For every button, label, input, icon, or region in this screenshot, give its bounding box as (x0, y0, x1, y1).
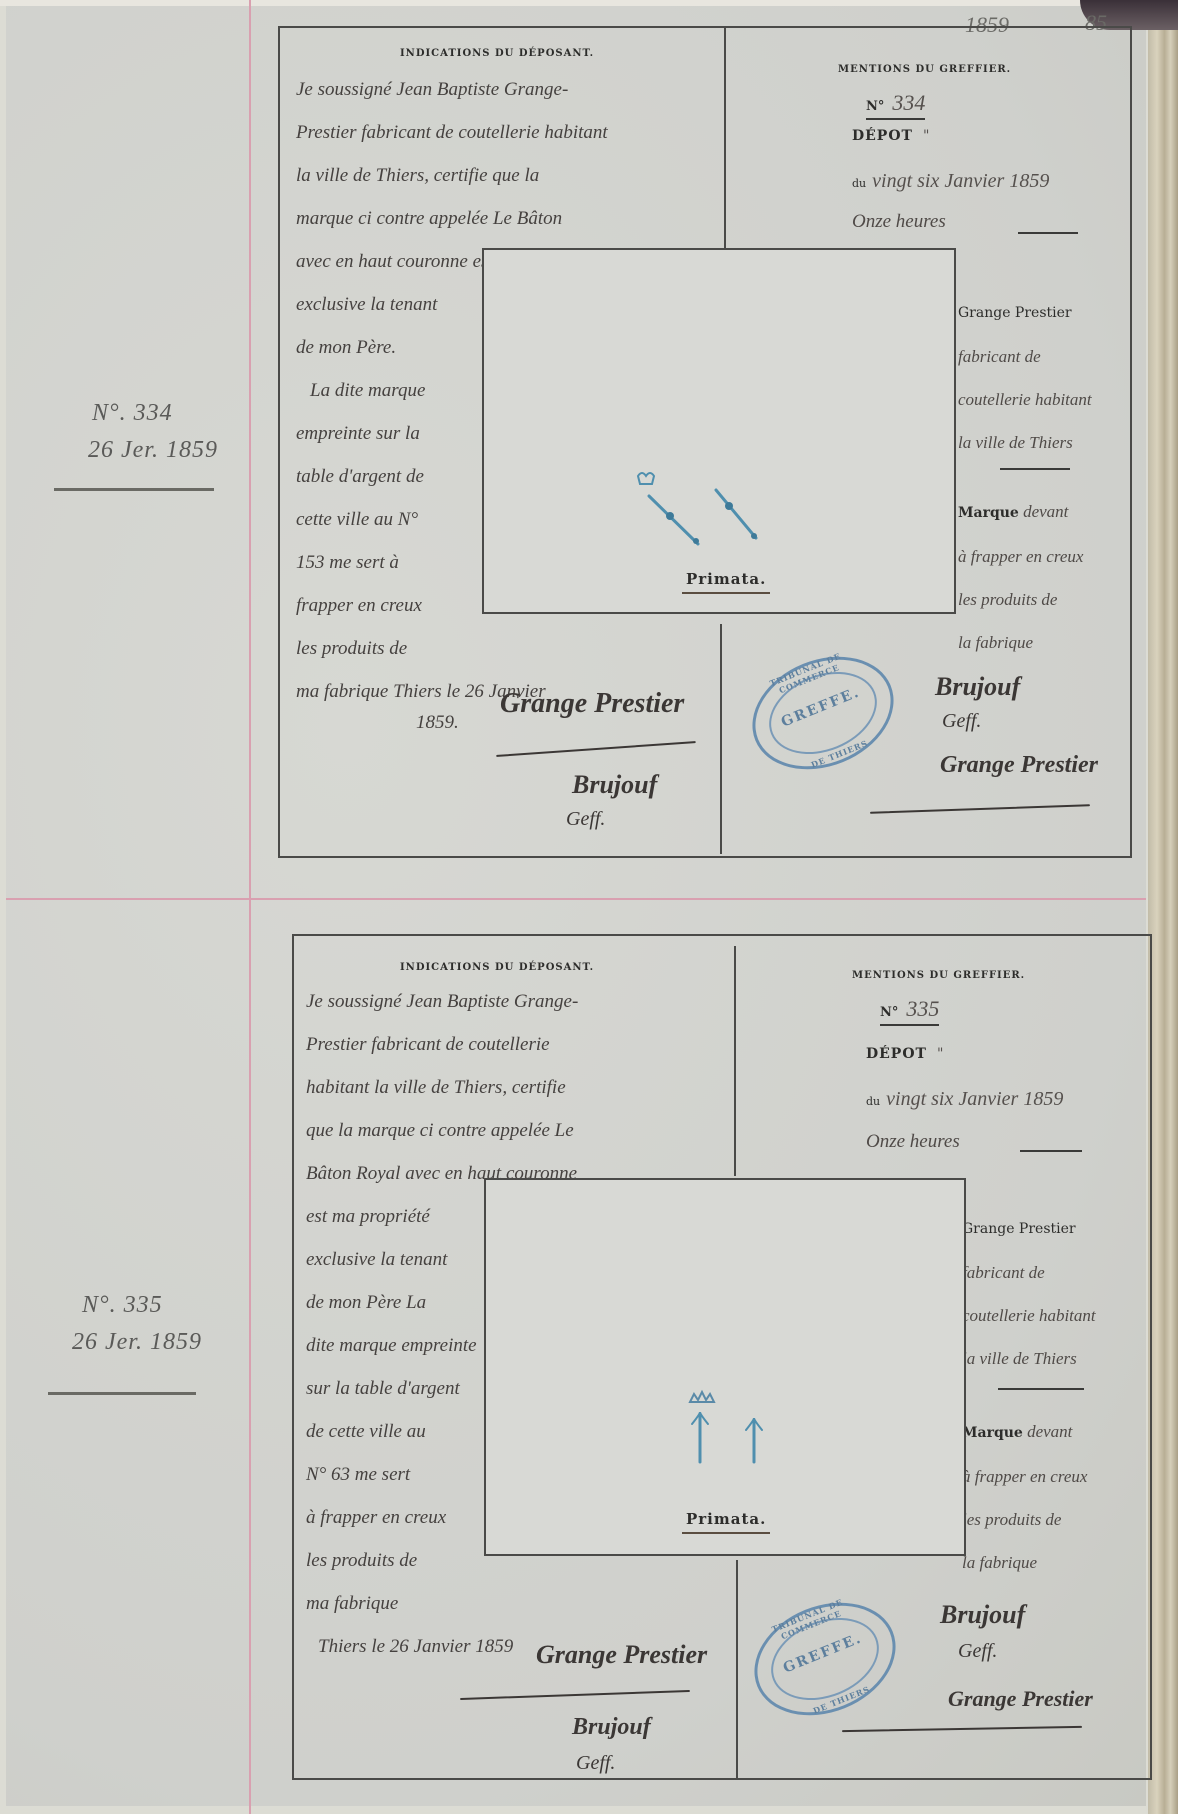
greffier-depositor-signature: Grange Prestier (940, 752, 1098, 779)
deposit-number: N°335 (880, 996, 939, 1026)
depot-label: DÉPOT" (866, 1046, 944, 1062)
margin-entry-date: 26 Jer. 1859 (72, 1329, 202, 1356)
column-divider-bottom (736, 1560, 738, 1778)
greffier-depositor: Grange Prestier fabricant de coutellerie… (958, 292, 1092, 464)
greffier-marque: Marque devant à frapper en creux les pro… (962, 1410, 1087, 1584)
clerk-abbrev: Geff. (576, 1752, 615, 1775)
column-divider-top (724, 28, 726, 248)
column-divider-bottom (720, 624, 722, 854)
margin-entry-note: N°. 335 26 Jer. 1859 (82, 1292, 202, 1356)
margin-entry-note: N°. 334 26 Jer. 1859 (92, 400, 218, 464)
mark-imprint-box: Primata. (482, 248, 956, 614)
clerk-abbrev: Geff. (566, 808, 605, 831)
greffier-clerk-abbrev: Geff. (942, 710, 981, 733)
margin-underline (48, 1392, 196, 1395)
margin-rule-vertical (249, 0, 251, 1814)
greffier-heading: Mentions du greffier. (838, 64, 1011, 75)
deposit-date: duvingt six Janvier 1859 (852, 170, 1049, 193)
depot-label: DÉPOT" (852, 128, 930, 144)
rule (1018, 232, 1078, 234)
depositor-signature: Grange Prestier (500, 688, 684, 720)
greffier-clerk-abbrev: Geff. (958, 1640, 997, 1663)
margin-entry-number: N°. 334 (92, 400, 173, 426)
deposit-time: Onze heures (866, 1120, 960, 1163)
deposant-heading: Indications du déposant. (400, 48, 594, 59)
deposit-number: N°334 (866, 90, 925, 120)
depositor-signature: Grange Prestier (536, 1640, 707, 1670)
rule (1000, 468, 1070, 470)
greffier-depositor-signature: Grange Prestier (948, 1686, 1093, 1712)
mark-label: Primata. (682, 570, 770, 594)
margin-entry-date: 26 Jer. 1859 (88, 437, 218, 464)
deposant-heading: Indications du déposant. (400, 962, 594, 973)
greffier-depositor: Grange Prestier fabricant de coutellerie… (962, 1208, 1096, 1380)
greffier-heading: Mentions du greffier. (852, 970, 1025, 981)
mark-imprint-box: Primata. (484, 1178, 966, 1556)
rule (1020, 1150, 1082, 1152)
baton-mark-icon (484, 250, 954, 612)
greffier-marque: Marque devant à frapper en creux les pro… (958, 490, 1083, 664)
margin-rule-horizontal (6, 898, 1146, 900)
column-divider-top (734, 946, 736, 1176)
margin-underline (54, 488, 214, 491)
book-binding (1148, 0, 1178, 1814)
fleur-de-lis-baton-mark-icon (486, 1180, 964, 1554)
deposit-time: Onze heures (852, 200, 946, 243)
greffier-clerk-signature: Brujouf (935, 672, 1020, 702)
greffier-clerk-signature: Brujouf (940, 1600, 1025, 1630)
clerk-signature: Brujouf (572, 770, 657, 800)
mark-label: Primata. (682, 1510, 770, 1534)
rule (998, 1388, 1084, 1390)
margin-entry-number: N°. 335 (82, 1292, 163, 1318)
deposit-date: duvingt six Janvier 1859 (866, 1088, 1063, 1111)
clerk-signature: Brujouf (572, 1714, 651, 1741)
